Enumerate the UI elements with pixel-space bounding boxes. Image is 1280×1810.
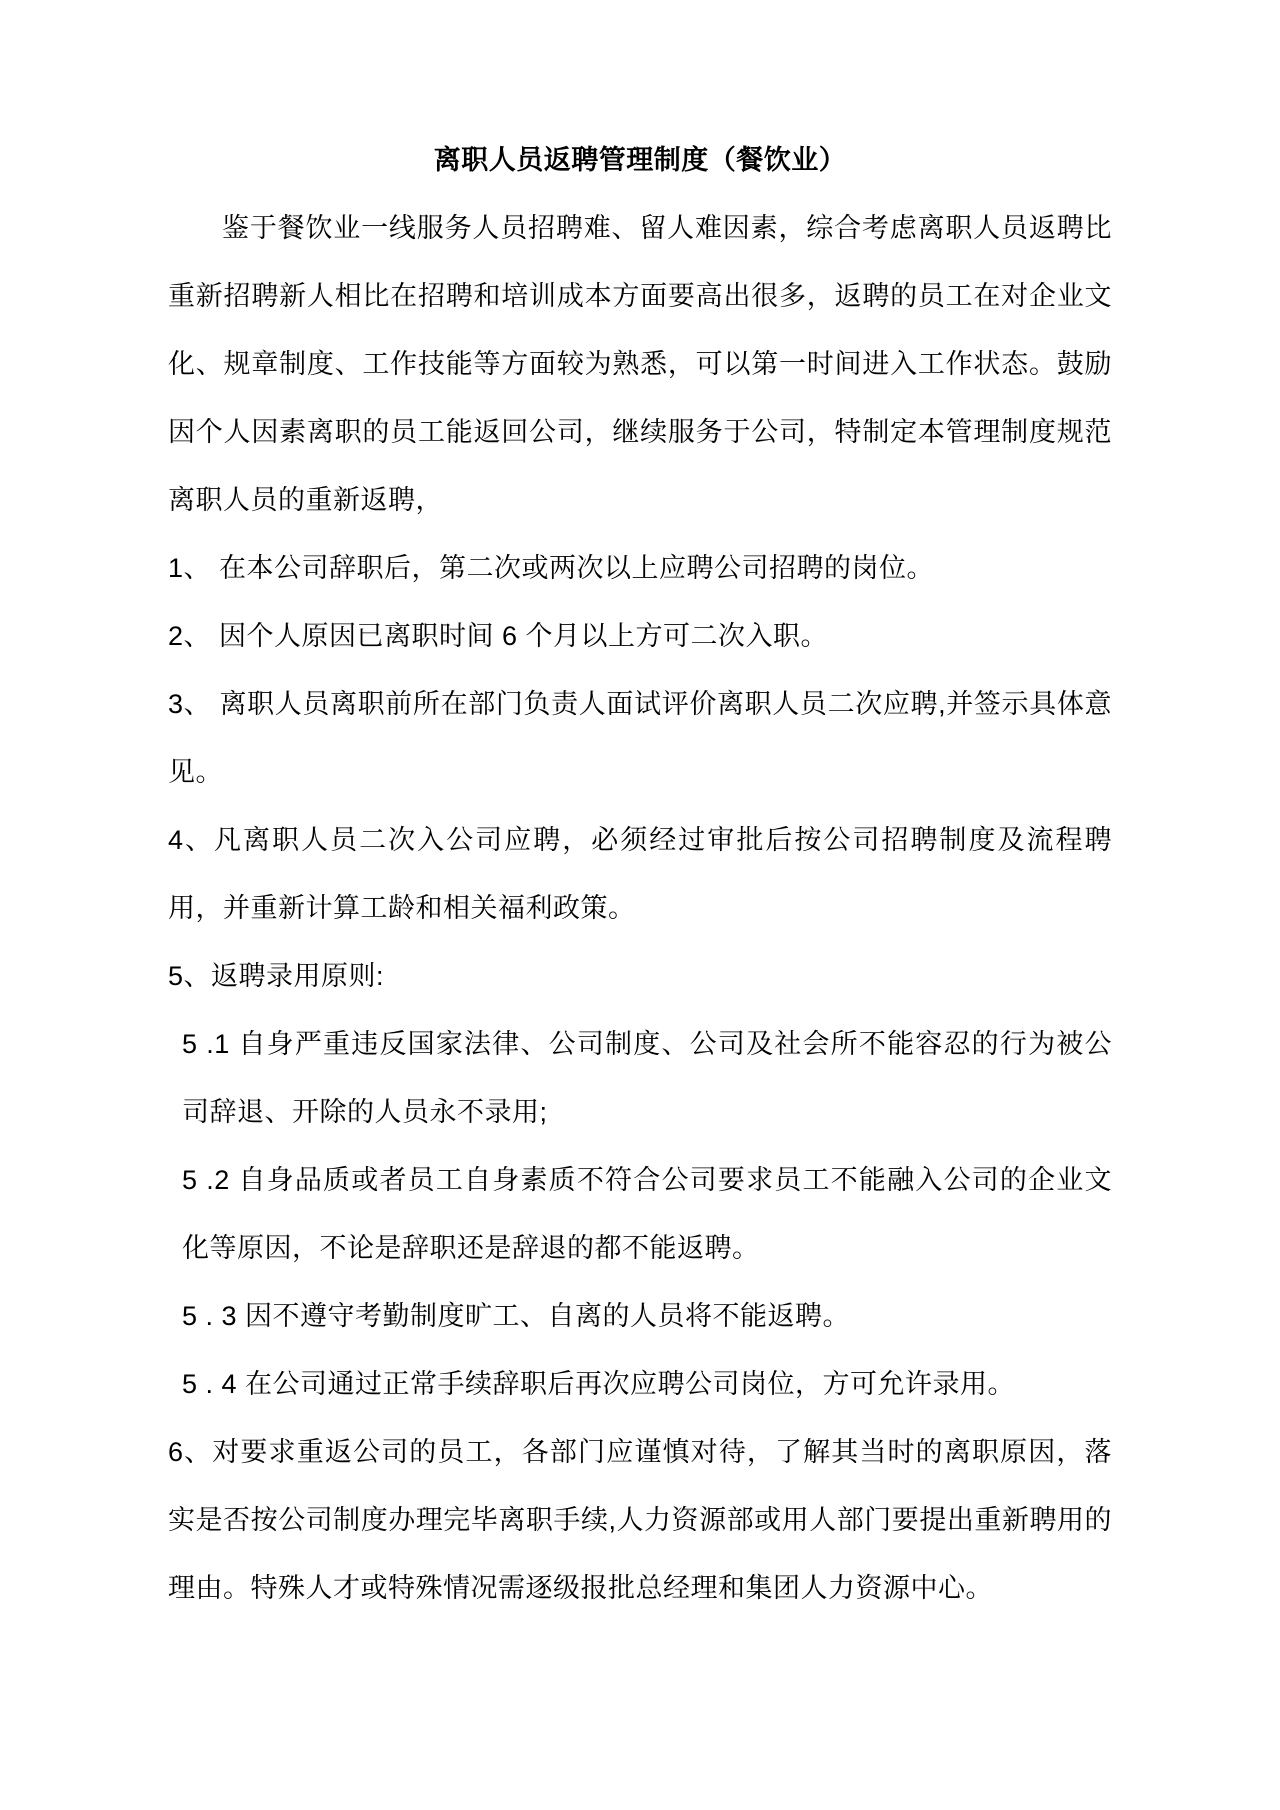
list-item-5-2: 5 .2 自身品质或者员工自身素质不符合公司要求员工不能融入公司的企业文化等原因… bbox=[168, 1146, 1112, 1282]
list-item-5-4: 5 . 4 在公司通过正常手续辞职后再次应聘公司岗位，方可允许录用。 bbox=[168, 1350, 1112, 1418]
list-item-5: 5、返聘录用原则: bbox=[168, 942, 1112, 1010]
list-item-5-3: 5 . 3 因不遵守考勤制度旷工、自离的人员将不能返聘。 bbox=[168, 1282, 1112, 1350]
list-item-5-1: 5 .1 自身严重违反国家法律、公司制度、公司及社会所不能容忍的行为被公司辞退、… bbox=[168, 1010, 1112, 1146]
document-title: 离职人员返聘管理制度（餐饮业） bbox=[168, 126, 1112, 194]
document-page: 离职人员返聘管理制度（餐饮业） 鉴于餐饮业一线服务人员招聘难、留人难因素，综合考… bbox=[0, 0, 1280, 1810]
list-item-6: 6、对要求重返公司的员工，各部门应谨慎对待，了解其当时的离职原因，落实是否按公司… bbox=[168, 1418, 1112, 1622]
paragraph-intro: 鉴于餐饮业一线服务人员招聘难、留人难因素，综合考虑离职人员返聘比重新招聘新人相比… bbox=[168, 194, 1112, 534]
list-item-1: 1、 在本公司辞职后，第二次或两次以上应聘公司招聘的岗位。 bbox=[168, 534, 1112, 602]
list-item-2: 2、 因个人原因已离职时间 6 个月以上方可二次入职。 bbox=[168, 602, 1112, 670]
list-item-3: 3、 离职人员离职前所在部门负责人面试评价离职人员二次应聘,并签示具体意见。 bbox=[168, 670, 1112, 806]
list-item-4: 4、凡离职人员二次入公司应聘，必须经过审批后按公司招聘制度及流程聘用，并重新计算… bbox=[168, 806, 1112, 942]
